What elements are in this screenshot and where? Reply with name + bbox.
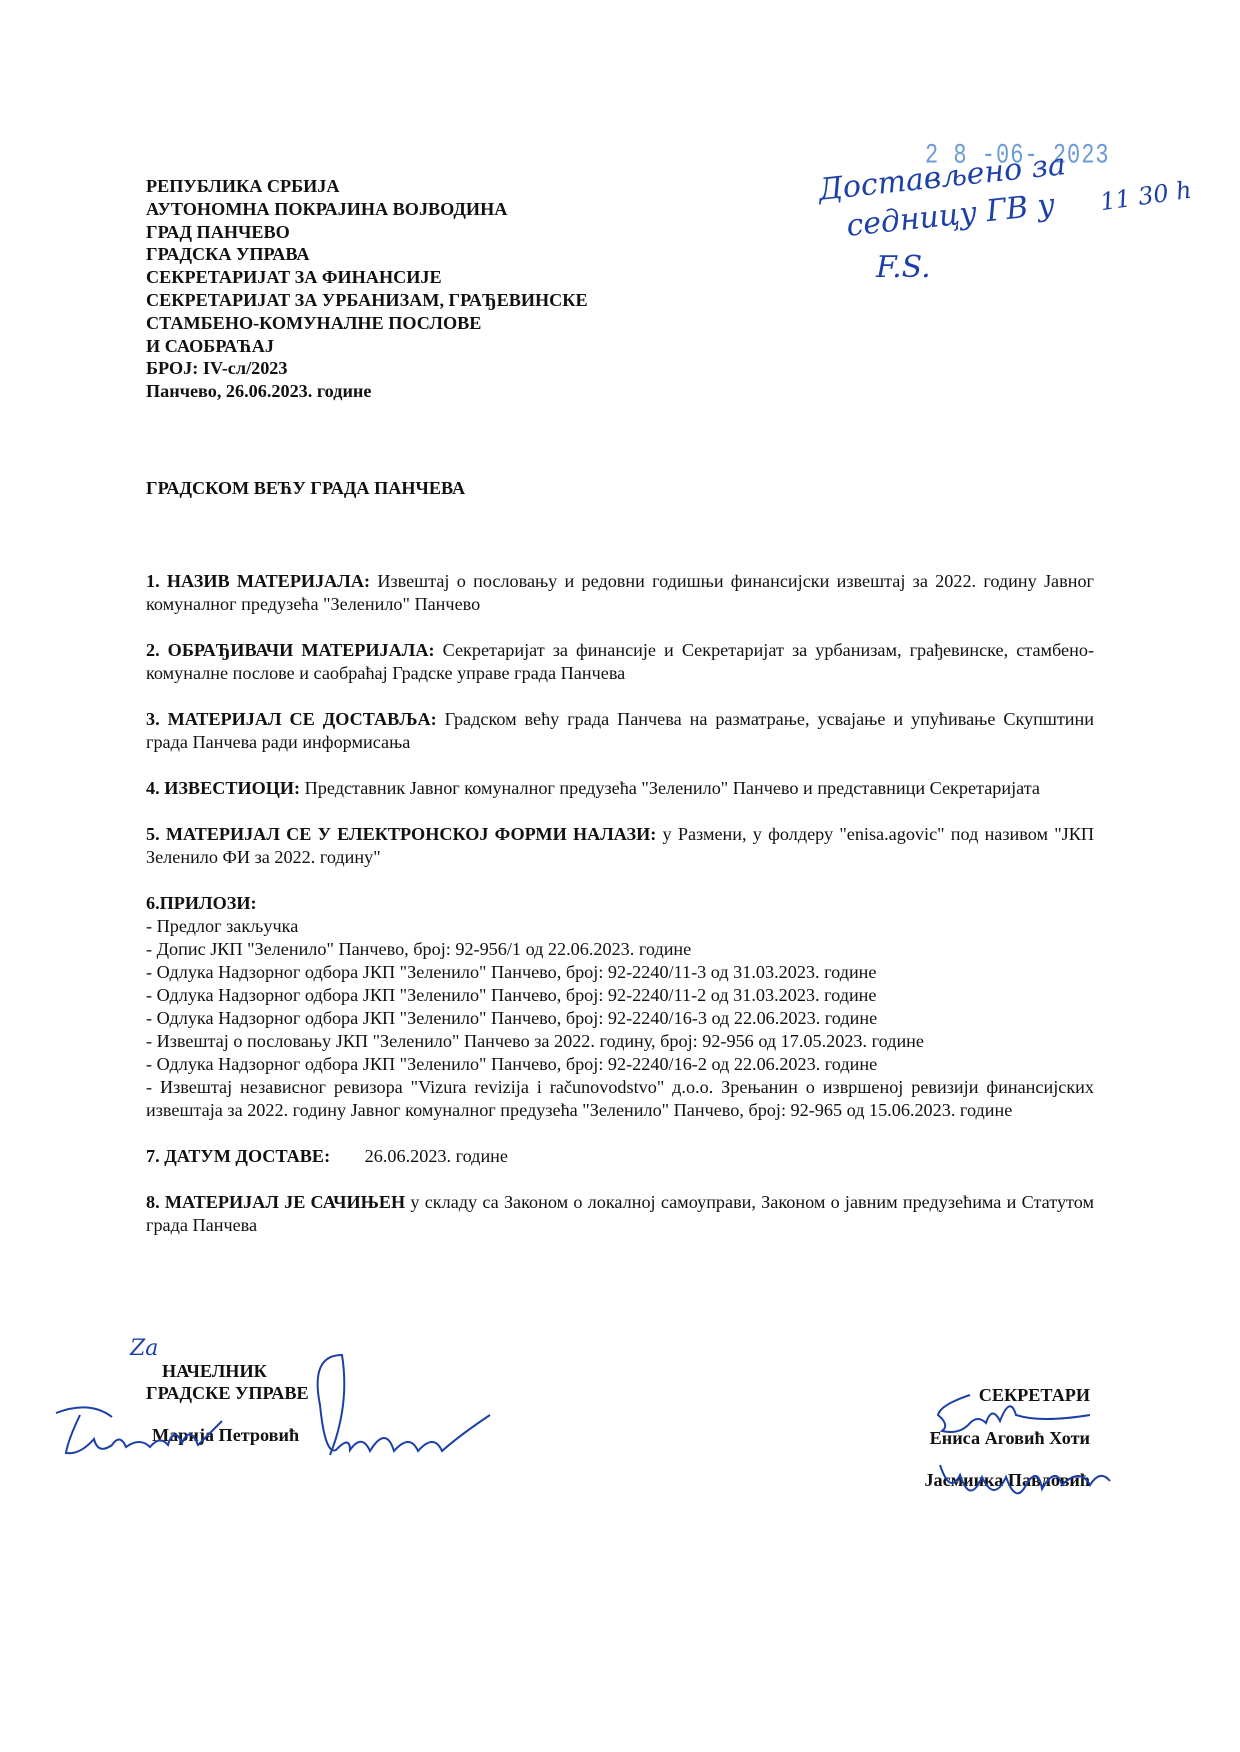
list-item: - Предлог закључка	[146, 915, 1094, 938]
header-line: СЕКРЕТАРИЈАТ ЗА ФИНАНСИЈЕ	[146, 266, 588, 289]
list-item: - Одлука Надзорног одбора ЈКП "Зеленило"…	[146, 1007, 1094, 1030]
section-delivery-date: 7. ДАТУМ ДОСТАВЕ: 26.06.2023. године	[146, 1145, 1094, 1168]
section-compliance: 8. МАТЕРИЈАЛ ЈЕ САЧИЊЕН у складу са Зако…	[146, 1191, 1094, 1237]
list-item: - Одлука Надзорног одбора ЈКП "Зеленило"…	[146, 984, 1094, 1007]
addressee: ГРАДСКОМ ВЕЋУ ГРАДА ПАНЧЕВА	[146, 478, 465, 499]
document-header: РЕПУБЛИКА СРБИЈА АУТОНОМНА ПОКРАЈИНА ВОЈ…	[146, 175, 588, 403]
document-page: РЕПУБЛИКА СРБИЈА АУТОНОМНА ПОКРАЈИНА ВОЈ…	[0, 0, 1240, 1752]
handwritten-time: 11 30 h	[1098, 176, 1193, 217]
handwritten-initials-left: Zа	[130, 1336, 158, 1361]
document-body: 1. НАЗИВ МАТЕРИЈАЛА: Извештај о пословањ…	[146, 570, 1094, 1260]
header-line: СТАМБЕНО-КОМУНАЛНЕ ПОСЛОВЕ	[146, 312, 588, 335]
delivery-date-value: 26.06.2023. године	[365, 1146, 508, 1166]
handwritten-signature-icon	[50, 1395, 500, 1505]
list-item: - Одлука Надзорног одбора ЈКП "Зеленило"…	[146, 961, 1094, 984]
section-label: 2. ОБРАЂИВАЧИ МАТЕРИЈАЛА:	[146, 640, 435, 660]
section-electronic-location: 5. МАТЕРИЈАЛ СЕ У ЕЛЕКТРОНСКОЈ ФОРМИ НАЛ…	[146, 823, 1094, 869]
section-label: 7. ДАТУМ ДОСТАВЕ:	[146, 1146, 330, 1166]
attachments-list: - Предлог закључка - Допис ЈКП "Зеленило…	[146, 915, 1094, 1122]
section-label: 1. НАЗИВ МАТЕРИЈАЛА:	[146, 571, 370, 591]
header-line: ГРАД ПАНЧЕВО	[146, 221, 588, 244]
section-reporters: 4. ИЗВЕСТИОЦИ: Представник Јавног комуна…	[146, 777, 1094, 800]
signatory-title: НАЧЕЛНИК	[146, 1360, 309, 1382]
header-line: РЕПУБЛИКА СРБИЈА	[146, 175, 588, 198]
header-line: СЕКРЕТАРИЈАТ ЗА УРБАНИЗАМ, ГРАЂЕВИНСКЕ	[146, 289, 588, 312]
document-number: БРОЈ: IV-сл/2023	[146, 357, 588, 380]
list-item: - Извештај независног ревизора "Vizura r…	[146, 1076, 1094, 1122]
section-text: Представник Јавног комуналног предузећа …	[305, 778, 1040, 798]
header-line: ГРАДСКА УПРАВА	[146, 243, 588, 266]
section-material-name: 1. НАЗИВ МАТЕРИЈАЛА: Извештај о пословањ…	[146, 570, 1094, 616]
document-date: Панчево, 26.06.2023. године	[146, 380, 588, 403]
attachments-title: 6.ПРИЛОЗИ:	[146, 892, 1094, 915]
handwritten-signature-icon	[930, 1385, 1130, 1535]
section-material-authors: 2. ОБРАЂИВАЧИ МАТЕРИЈАЛА: Секретаријат з…	[146, 639, 1094, 685]
section-delivered-to: 3. МАТЕРИЈАЛ СЕ ДОСТАВЉА: Градском већу …	[146, 708, 1094, 754]
section-attachments: 6.ПРИЛОЗИ: - Предлог закључка - Допис ЈК…	[146, 892, 1094, 1122]
list-item: - Извештај о пословању ЈКП "Зеленило" Па…	[146, 1030, 1094, 1053]
section-label: 4. ИЗВЕСТИОЦИ:	[146, 778, 300, 798]
list-item: - Допис ЈКП "Зеленило" Панчево, број: 92…	[146, 938, 1094, 961]
header-line: АУТОНОМНА ПОКРАЈИНА ВОЈВОДИНА	[146, 198, 588, 221]
section-label: 8. МАТЕРИЈАЛ ЈЕ САЧИЊЕН	[146, 1192, 405, 1212]
section-label: 3. МАТЕРИЈАЛ СЕ ДОСТАВЉА:	[146, 709, 437, 729]
handwritten-initials: F.S.	[876, 250, 931, 285]
section-label: 5. МАТЕРИЈАЛ СЕ У ЕЛЕКТРОНСКОЈ ФОРМИ НАЛ…	[146, 824, 656, 844]
list-item: - Одлука Надзорног одбора ЈКП "Зеленило"…	[146, 1053, 1094, 1076]
header-line: И САОБРАЋАЈ	[146, 335, 588, 358]
